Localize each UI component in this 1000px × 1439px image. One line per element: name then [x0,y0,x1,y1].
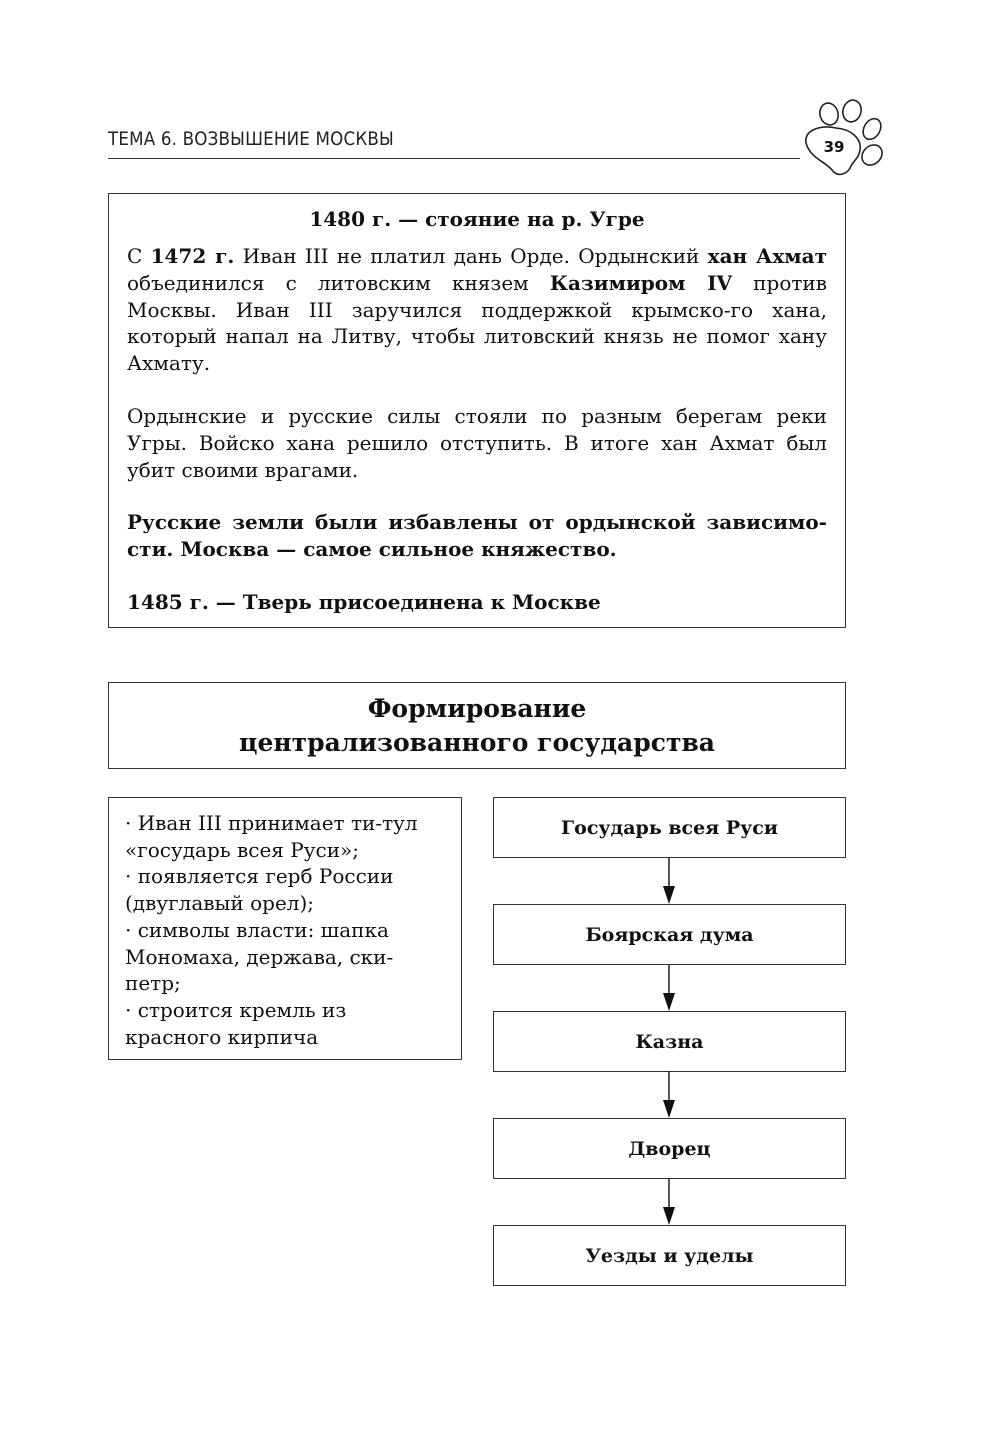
paw-icon: 39 [796,96,888,180]
arrow-down-icon [662,1071,676,1118]
arrow-down-icon [662,858,676,904]
list-item: · строится кремль из красного кирпича [125,997,447,1050]
paragraph-1485: 1485 г. — Тверь присоединена к Москве [127,589,827,616]
list-item: · появляется герб России (двуглавый орел… [125,863,447,916]
list-item: · символы власти: шапка Мономаха, держав… [125,917,447,997]
paragraph-independence: Русские земли были избавлены от ордынско… [127,509,827,563]
arrow-down-icon [662,1179,676,1225]
flow-box-treasury: Казна [493,1011,846,1072]
flow-box-districts: Уезды и уделы [493,1225,846,1286]
paragraph-1472: С 1472 г. Иван III не платил дань Орде. … [127,243,827,377]
page-number: 39 [824,138,845,156]
bullet-list-box: · Иван III принимает ти-тул «государь вс… [108,797,462,1060]
flow-box-palace: Дворец [493,1118,846,1179]
chapter-title: ТЕМА 6. ВОЗВЫШЕНИЕ МОСКВЫ [108,128,394,150]
event-box-1480: 1480 г. — стояние на р. Угре С 1472 г. И… [108,193,846,628]
paragraph-ugra: Ордынские и русские силы стояли по разны… [127,403,827,483]
section-title-line2: централизованного государства [109,726,845,760]
flow-box-boyar-duma: Боярская дума [493,904,846,965]
section-title-line1: Формирование [109,692,845,726]
section-title-box: Формирование централизованного государст… [108,682,846,769]
arrow-down-icon [662,965,676,1011]
list-item: · Иван III принимает ти-тул «государь вс… [125,810,447,863]
header-divider [108,158,800,159]
event-heading: 1480 г. — стояние на р. Угре [127,204,827,234]
flow-box-sovereign: Государь всея Руси [493,797,846,858]
